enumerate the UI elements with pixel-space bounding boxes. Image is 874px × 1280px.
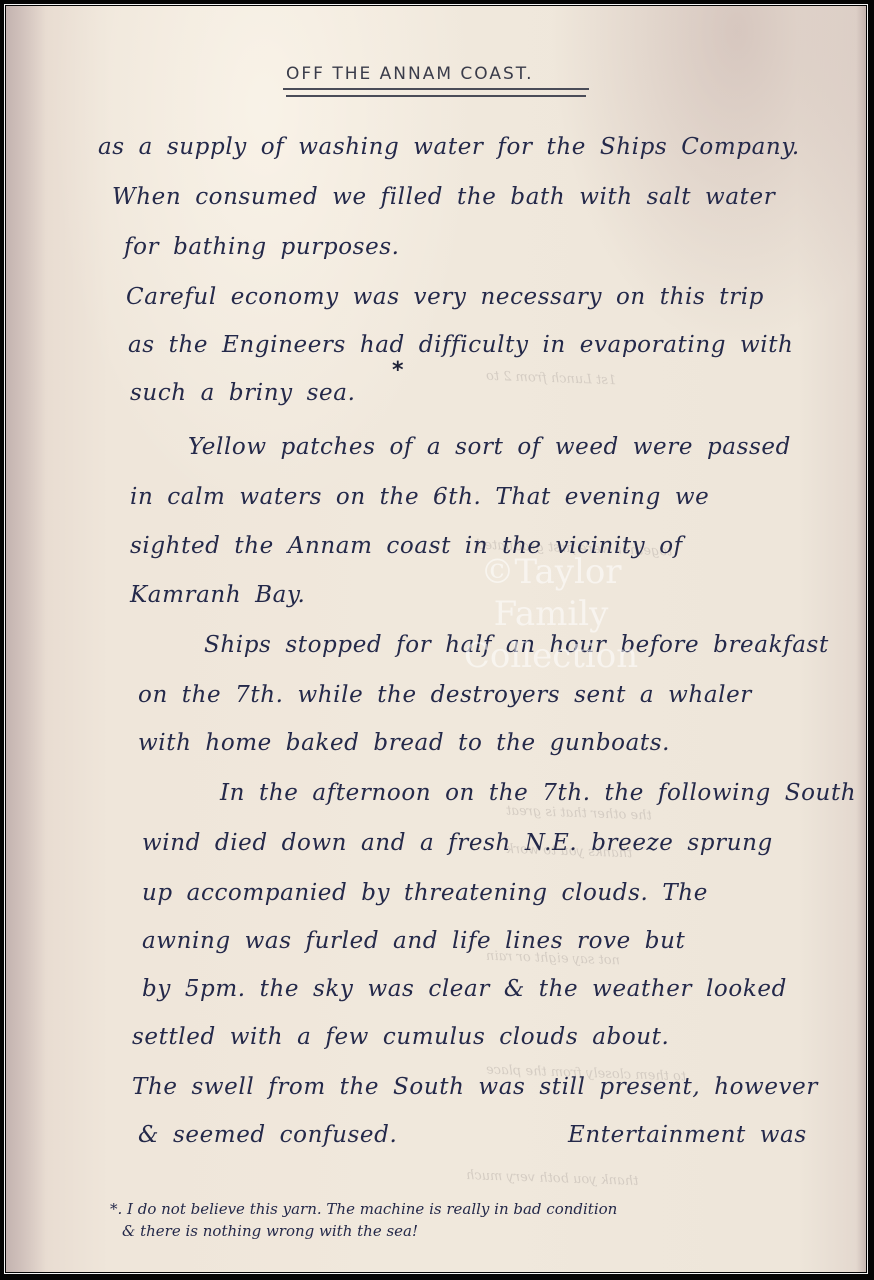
text-line: in calm waters on the 6th. That evening …: [130, 484, 709, 510]
text-line: The swell from the South was still prese…: [132, 1074, 818, 1100]
text-line: wind died down and a fresh N.E. breeze s…: [142, 830, 773, 856]
text-line: & seemed confused.: [138, 1122, 397, 1148]
journal-page: 1st Lunch from 2 to together were first …: [6, 6, 866, 1272]
text-line: for bathing purposes.: [124, 234, 400, 260]
bleed-through-text: 1st Lunch from 2 to: [486, 369, 617, 389]
text-line: Entertainment was: [568, 1122, 807, 1148]
text-line: up accompanied by threatening clouds. Th…: [142, 880, 708, 906]
text-line: with home baked bread to the gunboats.: [138, 730, 670, 756]
copyright-watermark: ©Taylor Family Collection: [416, 551, 686, 677]
title-underline: [283, 88, 589, 90]
image-frame: 1st Lunch from 2 to together were first …: [0, 0, 874, 1280]
text-line: as a supply of washing water for the Shi…: [98, 134, 800, 160]
page-edge-shadow: [856, 6, 866, 1272]
text-line: such a briny sea.: [130, 380, 355, 406]
text-line: When consumed we filled the bath with sa…: [112, 184, 775, 210]
text-line: awning was furled and life lines rove bu…: [142, 928, 685, 954]
text-line: Ships stopped for half an hour before br…: [204, 632, 829, 658]
bleed-through-text: the other that is great: [506, 803, 652, 823]
page-gutter-shadow: [6, 6, 46, 1272]
text-line: Kamranh Bay.: [130, 582, 305, 608]
footnote-marker: *: [392, 358, 404, 383]
text-line: In the afternoon on the 7th. the followi…: [220, 780, 856, 806]
footnote-line: & there is nothing wrong with the sea!: [122, 1222, 418, 1240]
text-line: sighted the Annam coast in the vicinity …: [130, 533, 683, 559]
text-line: as the Engineers had difficulty in evapo…: [128, 332, 793, 358]
text-line: Careful economy was very necessary on th…: [126, 284, 764, 310]
text-line: on the 7th. while the destroyers sent a …: [138, 682, 752, 708]
text-line: settled with a few cumulus clouds about.: [132, 1024, 669, 1050]
text-line: Yellow patches of a sort of weed were pa…: [188, 434, 791, 460]
watermark-line: Family: [416, 593, 686, 635]
bleed-through-text: thank you both very much: [466, 1168, 639, 1189]
text-line: by 5pm. the sky was clear & the weather …: [142, 976, 787, 1002]
page-title: OFF THE ANNAM COAST.: [286, 64, 534, 84]
title-underline: [286, 95, 586, 97]
footnote-line: *. I do not believe this yarn. The machi…: [110, 1200, 617, 1218]
